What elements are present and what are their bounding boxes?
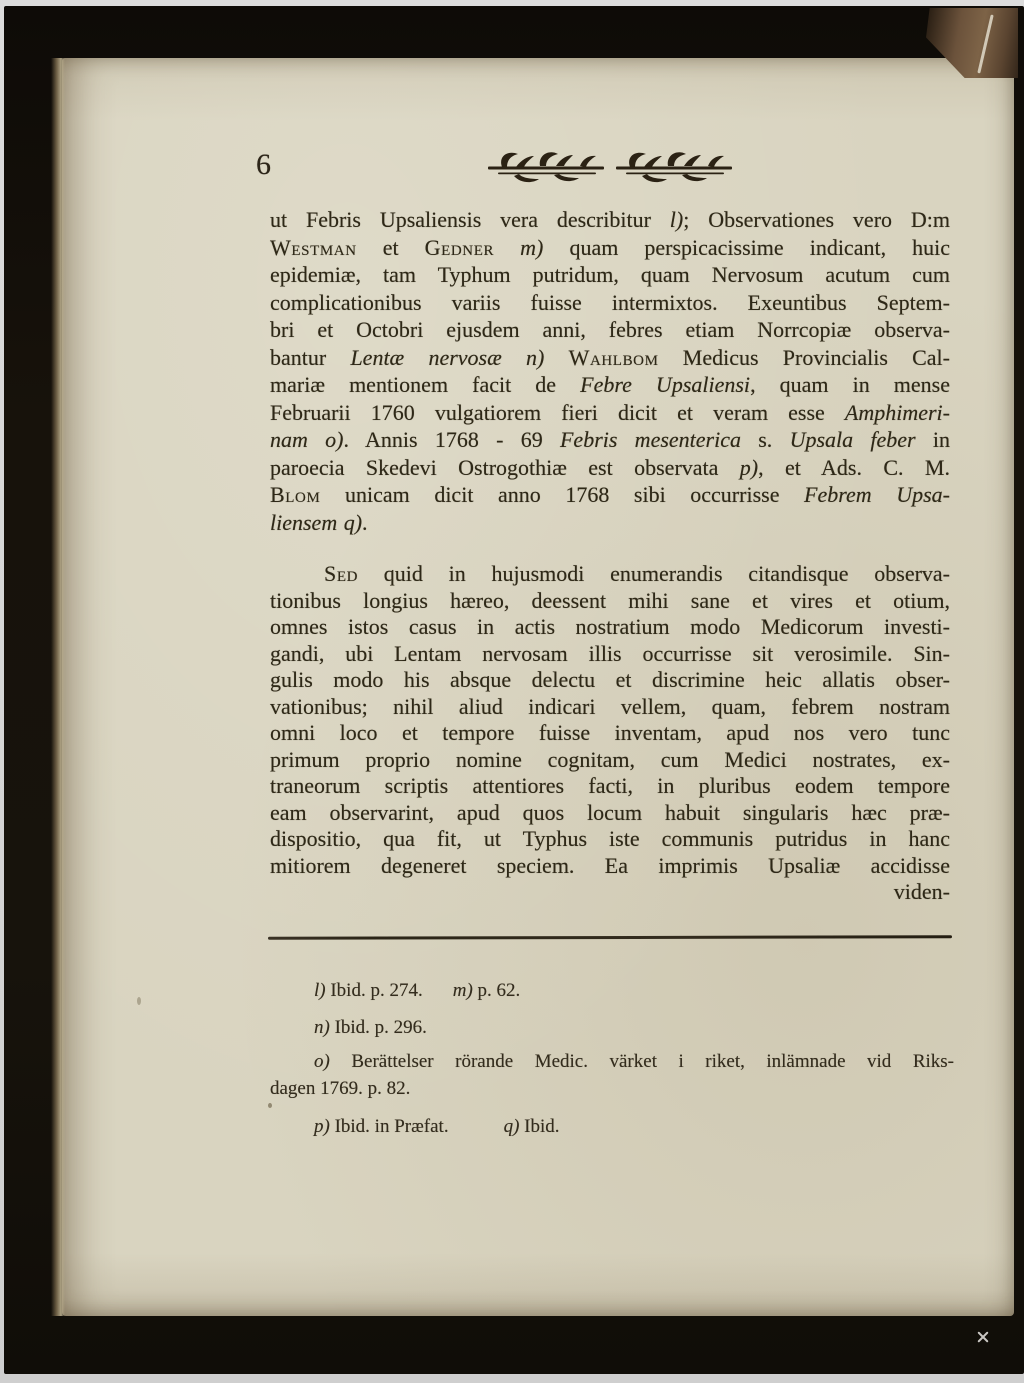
text-segment: quid in hujusmodi enumerandis citandisqu… [358, 561, 950, 586]
text-line: complicationibus variis fuisse intermixt… [270, 289, 950, 317]
text-line: bri et Octobri ejusdem anni, febres etia… [270, 316, 950, 344]
text-segment: o) [314, 1051, 330, 1072]
text-segment: bri et Octobri ejusdem anni, febres etia… [270, 317, 950, 342]
text-segment: Sed [324, 561, 358, 586]
text-line: vationibus; nihil aliud indicari vellem,… [270, 694, 950, 721]
text-line: gulis modo his absque delectu et discrim… [270, 667, 950, 694]
text-segment: epidemiæ, tam Typhum putridum, quam Nerv… [270, 262, 950, 287]
text-segment: complicationibus variis fuisse intermixt… [270, 290, 950, 315]
text-segment: p) [740, 455, 758, 480]
text-segment: traneorum scriptis attentiores facti, in… [270, 773, 950, 798]
text-segment: Berättelser rörande Medic. värket i rike… [330, 1051, 954, 1072]
paper-speck [137, 997, 141, 1005]
text-segment: quam perspicacissime indicant, huic [543, 235, 950, 260]
page-number: 6 [256, 148, 272, 182]
text-line: tionibus longius hæreo, deessent mihi sa… [270, 588, 950, 615]
text-line: l) Ibid. p. 274.m) p. 62. [270, 978, 954, 1004]
text-segment: Ibid. [519, 1116, 559, 1137]
body-paragraph-2: Sed quid in hujusmodi enumerandis citand… [270, 561, 950, 906]
text-segment: , et Ads. C. M. [758, 455, 950, 480]
text-segment: tionibus longius hæreo, deessent mihi sa… [270, 588, 950, 613]
text-line: traneorum scriptis attentiores facti, in… [270, 773, 950, 800]
spine-highlight [977, 14, 993, 73]
text-segment: in [916, 427, 950, 452]
text-line: mariæ mentionem facit de Febre Upsaliens… [270, 371, 950, 399]
text-segment: unicam dicit anno 1768 sibi occurrisse [320, 482, 804, 507]
text-line: Blom unicam dicit anno 1768 sibi occurri… [270, 481, 950, 509]
text-segment: Westman [270, 235, 357, 260]
text-line: nam o). Annis 1768 - 69 Febris mesenteri… [270, 426, 950, 454]
text-segment: dispositio, qua fit, ut Typhus iste comm… [270, 826, 950, 851]
text-segment: l) [314, 980, 326, 1001]
body-paragraph-1: ut Febris Upsaliensis vera describitur l… [270, 206, 950, 536]
text-segment: mitiorem degeneret speciem. Ea imprimis … [270, 853, 950, 878]
footnotes: l) Ibid. p. 274.m) p. 62.n) Ibid. p. 296… [270, 978, 954, 1140]
text-segment: Februarii 1760 vulgatiorem fieri dicit e… [270, 400, 845, 425]
text-segment: Upsala feber [790, 427, 916, 452]
text-line: mitiorem degeneret speciem. Ea imprimis … [270, 853, 950, 880]
text-line: bantur Lentæ nervosæ n) Wahlbom Medicus … [270, 344, 950, 372]
text-segment: primum proprio nomine cognitam, cum Medi… [270, 747, 950, 772]
text-segment: dagen 1769. p. 82. [270, 1078, 410, 1099]
foliate-vignette-ornament [488, 146, 732, 186]
text-segment: Ibid. p. 274. [326, 980, 423, 1001]
text-segment: gulis modo his absque delectu et discrim… [270, 667, 950, 692]
text-segment: bantur [270, 345, 350, 370]
text-line: omni loco et tempore fuisse inventam, ap… [270, 720, 950, 747]
text-line: epidemiæ, tam Typhum putridum, quam Nerv… [270, 261, 950, 289]
text-segment: nam o) [270, 427, 343, 452]
text-segment: Ibid. p. 296. [330, 1017, 427, 1038]
text-segment: m) [453, 980, 473, 1001]
text-segment: p) [314, 1116, 330, 1137]
text-segment: paroecia Skedevi Ostrogothiæ est observa… [270, 455, 740, 480]
page-gutter-edge [51, 58, 65, 1316]
text-segment [494, 235, 520, 260]
text-segment: l) [670, 207, 683, 232]
text-line: gandi, ubi Lentam nervosam illis occurri… [270, 641, 950, 668]
text-segment: Ibid. in Præfat. [330, 1116, 449, 1137]
text-line: omnes istos casus in actis nostratium mo… [270, 614, 950, 641]
text-segment: Febre Upsaliensi [580, 372, 750, 397]
text-segment: m) [520, 235, 543, 260]
text-segment: Gedner [425, 235, 494, 260]
text-line: n) Ibid. p. 296. [270, 1015, 954, 1041]
scan-artifact-x [976, 1330, 990, 1344]
text-segment: viden- [894, 879, 950, 904]
text-segment: Medicus Provincialis Cal- [659, 345, 950, 370]
text-segment: et [357, 235, 425, 260]
text-line: viden- [270, 879, 950, 906]
text-segment: ; Observationes vero D:m [683, 207, 950, 232]
text-segment: Febris mesenterica [560, 427, 741, 452]
text-segment: vationibus; nihil aliud indicari vellem,… [270, 694, 950, 719]
text-segment: p. 62. [473, 980, 521, 1001]
text-line: p) Ibid. in Præfat.q) Ibid. [270, 1114, 954, 1140]
text-line: dispositio, qua fit, ut Typhus iste comm… [270, 826, 950, 853]
text-line: Westman et Gedner m) quam perspicacissim… [270, 234, 950, 262]
scanned-book-page: { "page_number": "6", "decorations": { "… [0, 0, 1024, 1383]
text-segment: liensem q) [270, 510, 362, 535]
text-line: Februarii 1760 vulgatiorem fieri dicit e… [270, 399, 950, 427]
text-segment: gandi, ubi Lentam nervosam illis occurri… [270, 641, 950, 666]
paper-speck [268, 1103, 272, 1108]
text-line: eam observarint, apud quos locum habuit … [270, 800, 950, 827]
text-segment: . [362, 510, 368, 535]
text-segment: omni loco et tempore fuisse inventam, ap… [270, 720, 950, 745]
text-segment: n) [314, 1017, 330, 1038]
text-segment: . Annis 1768 - 69 [343, 427, 560, 452]
text-segment: mariæ mentionem facit de [270, 372, 580, 397]
text-segment [544, 345, 568, 370]
text-line: dagen 1769. p. 82. [270, 1076, 954, 1102]
text-segment: s. [741, 427, 790, 452]
text-segment: Amphimeri- [845, 400, 950, 425]
text-segment: omnes istos casus in actis nostratium mo… [270, 614, 950, 639]
text-segment: q) [504, 1116, 520, 1137]
text-segment: , quam in mense [750, 372, 950, 397]
text-segment: Wahlbom [569, 345, 659, 370]
text-line: paroecia Skedevi Ostrogothiæ est observa… [270, 454, 950, 482]
text-line: Sed quid in hujusmodi enumerandis citand… [270, 561, 950, 588]
text-segment: ut Febris Upsaliensis vera describitur [270, 207, 670, 232]
text-line: ut Febris Upsaliensis vera describitur l… [270, 206, 950, 234]
text-line: liensem q). [270, 509, 950, 537]
text-segment: Lentæ nervosæ n) [350, 345, 544, 370]
text-segment: Febrem Upsa- [804, 482, 950, 507]
text-segment: Blom [270, 482, 320, 507]
text-line: primum proprio nomine cognitam, cum Medi… [270, 747, 950, 774]
text-line: o) Berättelser rörande Medic. värket i r… [270, 1049, 954, 1075]
text-segment: eam observarint, apud quos locum habuit … [270, 800, 950, 825]
